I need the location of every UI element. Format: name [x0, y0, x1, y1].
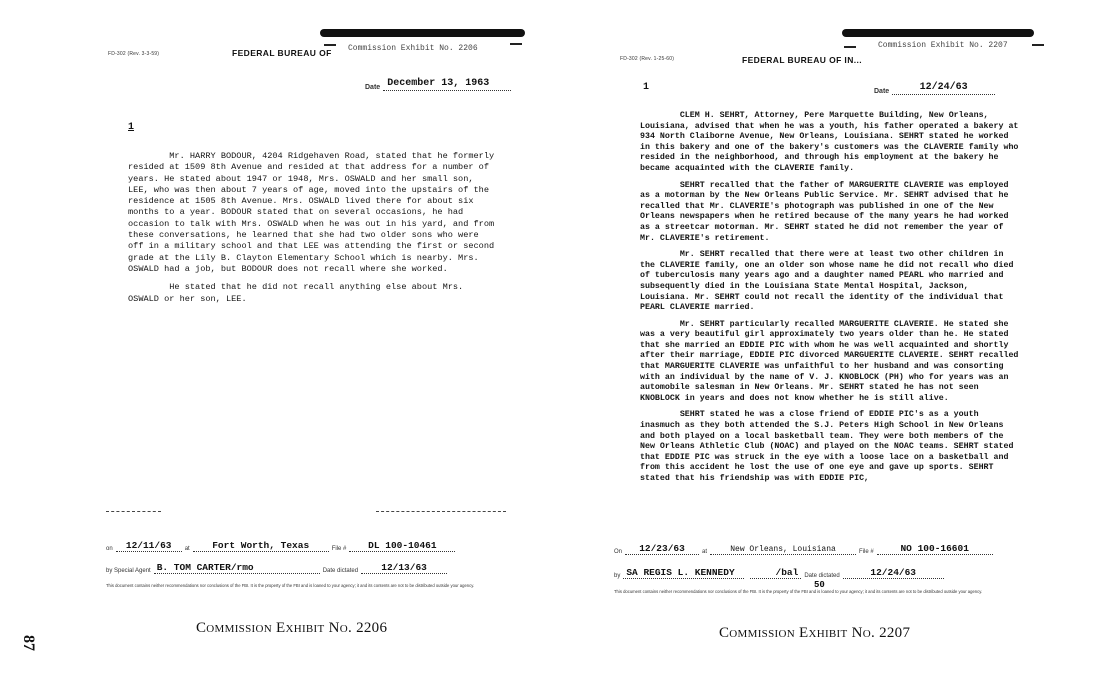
date-field: Date December 13, 1963 [365, 78, 511, 91]
date-value: 12/24/63 [892, 82, 995, 95]
fbi-disclaimer: This document contains neither recommend… [614, 589, 1034, 595]
at-label: at [185, 546, 190, 552]
date-label: Date [874, 88, 889, 95]
form-number: FD-302 (Rev. 1-25-60) [620, 56, 674, 62]
interview-location: Fort Worth, Texas [193, 540, 329, 552]
paragraph: Mr. HARRY BODOUR, 4204 Ridgehaven Road, … [128, 151, 498, 275]
date-field: Date 12/24/63 [874, 82, 995, 95]
exhibit-caption: Commission Exhibit No. 2206 [196, 620, 387, 637]
agent-name: SA REGIS L. KENNEDY [623, 567, 744, 579]
document-body: CLEM H. SEHRT, Attorney, Pere Marquette … [640, 111, 1020, 491]
dash-mark [324, 44, 336, 46]
interview-date: 12/23/63 [625, 543, 699, 555]
at-label: at [702, 549, 707, 555]
paragraph: Mr. SEHRT recalled that there were at le… [640, 250, 1020, 314]
on-label: On [614, 549, 622, 555]
paragraph: SEHRT stated he was a close friend of ED… [640, 410, 1020, 484]
agent-initials: /bal [750, 567, 801, 579]
agent-label: by [614, 573, 620, 579]
dash-mark [1032, 44, 1044, 46]
interview-location: New Orleans, Louisiana [710, 545, 856, 555]
exhibit-header: Commission Exhibit No. 2207 [878, 41, 1008, 50]
file-label: File # [859, 549, 874, 555]
dictated-date: 12/13/63 [361, 562, 447, 574]
signature-line [106, 511, 161, 512]
exhibit-caption: Commission Exhibit No. 2207 [719, 625, 910, 642]
exhibit-header: Commission Exhibit No. 2206 [348, 44, 478, 53]
dash-mark [844, 46, 856, 48]
redaction-bar [320, 29, 525, 37]
paragraph: CLEM H. SEHRT, Attorney, Pere Marquette … [640, 111, 1020, 175]
paragraph: SEHRT recalled that the father of MARGUE… [640, 181, 1020, 245]
document-body: Mr. HARRY BODOUR, 4204 Ridgehaven Road, … [128, 151, 498, 312]
dictated-label: Date dictated [804, 573, 839, 579]
page-number: 1 [128, 122, 134, 133]
redaction-bar [842, 29, 1034, 37]
form-number: FD-302 (Rev. 3-3-59) [108, 51, 159, 57]
agent-name: B. TOM CARTER/rmo [154, 562, 320, 574]
agent-info-row: by Special Agent B. TOM CARTER/rmo Date … [106, 562, 506, 574]
on-label: on [106, 546, 113, 552]
signature-line [376, 511, 506, 512]
date-label: Date [365, 84, 380, 91]
bureau-header: FEDERAL BUREAU OF IN... [742, 55, 862, 65]
interview-date: 12/11/63 [116, 540, 182, 552]
paragraph: Mr. SEHRT particularly recalled MARGUERI… [640, 320, 1020, 405]
page-number-rotated: 87 [19, 635, 37, 651]
paragraph: He stated that he did not recall anythin… [128, 282, 498, 305]
file-label: File # [332, 546, 347, 552]
bureau-header: FEDERAL BUREAU OF [232, 48, 332, 58]
fbi-disclaimer: This document contains neither recommend… [106, 583, 506, 589]
agent-info-row: by SA REGIS L. KENNEDY /bal Date dictate… [614, 567, 1034, 579]
date-value: December 13, 1963 [383, 78, 511, 91]
file-number: NO 100-16601 [877, 543, 993, 555]
page-number: 1 [643, 82, 649, 93]
agent-label: by Special Agent [106, 568, 151, 574]
dash-mark [510, 43, 522, 45]
interview-info-row: On 12/23/63 at New Orleans, Louisiana Fi… [614, 543, 1034, 555]
interview-info-row: on 12/11/63 at Fort Worth, Texas File # … [106, 540, 506, 552]
file-number: DL 100-10461 [349, 540, 455, 552]
dictated-date: 12/24/63 [843, 567, 944, 579]
dictated-label: Date dictated [323, 568, 358, 574]
